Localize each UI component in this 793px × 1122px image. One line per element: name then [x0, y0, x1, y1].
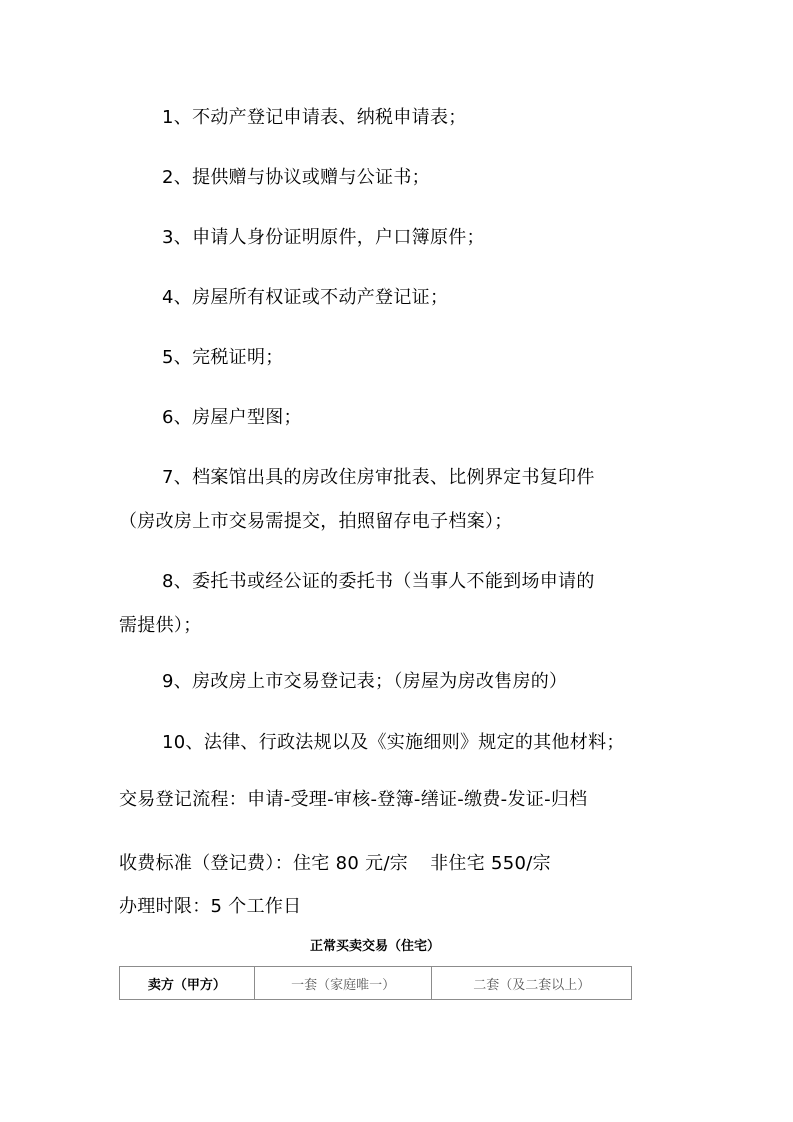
- item-number: 5、: [162, 347, 192, 368]
- header-two-units: 二套（及二套以上）: [432, 967, 632, 1000]
- process-paragraph: 交易登记流程：申请-受理-审核-登簿-缮证-缴费-发证-归档: [119, 788, 671, 812]
- item-text: 房屋所有权证或不动产登记证；: [192, 287, 448, 308]
- item-text: 房屋户型图；: [192, 407, 302, 428]
- list-item-3: 3、申请人身份证明原件，户口簿原件；: [162, 226, 485, 250]
- item-number: 1、: [162, 107, 192, 128]
- document-page: 1、不动产登记申请表、纳税申请表； 2、提供赠与协议或赠与公证书； 3、申请人身…: [0, 0, 793, 1122]
- item-text: 不动产登记申请表、纳税申请表；: [192, 107, 467, 128]
- fee-paragraph: 收费标准（登记费）：住宅 80 元/宗非住宅 550/宗: [119, 852, 551, 876]
- item-text: 提供赠与协议或赠与公证书；: [192, 167, 430, 188]
- item-text: 委托书或经公证的委托书（当事人不能到场申请的: [192, 571, 595, 592]
- list-item-4: 4、房屋所有权证或不动产登记证；: [162, 286, 448, 310]
- item-number: 8、: [162, 571, 192, 592]
- header-one-unit: 一套（家庭唯一）: [254, 967, 432, 1000]
- table-title: 正常买卖交易（住宅）: [119, 938, 631, 956]
- item-number: 4、: [162, 287, 192, 308]
- item-number: 2、: [162, 167, 192, 188]
- item-number: 7、: [162, 467, 192, 488]
- item-text: 法律、行政法规以及《实施细则》规定的其他材料；: [204, 732, 625, 753]
- process-label: 交易登记流程：: [119, 789, 247, 810]
- list-item-7-continuation: （房改房上市交易需提交，拍照留存电子档案）；: [119, 510, 513, 534]
- list-item-6: 6、房屋户型图；: [162, 406, 302, 430]
- item-text: 档案馆出具的房改住房审批表、比例界定书复印件: [192, 467, 595, 488]
- header-seller: 卖方（甲方）: [120, 967, 255, 1000]
- item-number: 9、: [162, 671, 192, 692]
- fee-label: 收费标准（登记费）：: [119, 853, 293, 874]
- list-item-2: 2、提供赠与协议或赠与公证书；: [162, 166, 430, 190]
- list-item-1: 1、不动产登记申请表、纳税申请表；: [162, 106, 467, 130]
- list-item-10: 10、法律、行政法规以及《实施细则》规定的其他材料；: [162, 731, 625, 755]
- process-steps: 申请-受理-审核-登簿-缮证-缴费-发证-归档: [247, 789, 587, 810]
- transaction-table: 卖方（甲方） 一套（家庭唯一） 二套（及二套以上）: [119, 966, 632, 1000]
- time-limit-value: 5 个工作日: [211, 896, 302, 917]
- list-item-8-continuation: 需提供）；: [119, 614, 202, 638]
- fee-non-residential: 非住宅 550/宗: [430, 853, 551, 874]
- list-item-7: 7、档案馆出具的房改住房审批表、比例界定书复印件: [162, 466, 595, 490]
- time-limit-paragraph: 办理时限：5 个工作日: [119, 895, 301, 919]
- list-item-8: 8、委托书或经公证的委托书（当事人不能到场申请的: [162, 570, 595, 594]
- item-text: 申请人身份证明原件，户口簿原件；: [192, 227, 485, 248]
- list-item-9: 9、房改房上市交易登记表；（房屋为房改售房的）: [162, 670, 567, 694]
- table-header-row: 卖方（甲方） 一套（家庭唯一） 二套（及二套以上）: [120, 967, 632, 1000]
- time-limit-label: 办理时限：: [119, 896, 211, 917]
- fee-residential: 住宅 80 元/宗: [293, 853, 408, 874]
- item-text: 房改房上市交易登记表；（房屋为房改售房的）: [192, 671, 567, 692]
- list-item-5: 5、完税证明；: [162, 346, 284, 370]
- item-number: 3、: [162, 227, 192, 248]
- item-number: 6、: [162, 407, 192, 428]
- item-number: 10、: [162, 732, 204, 753]
- item-text: 完税证明；: [192, 347, 284, 368]
